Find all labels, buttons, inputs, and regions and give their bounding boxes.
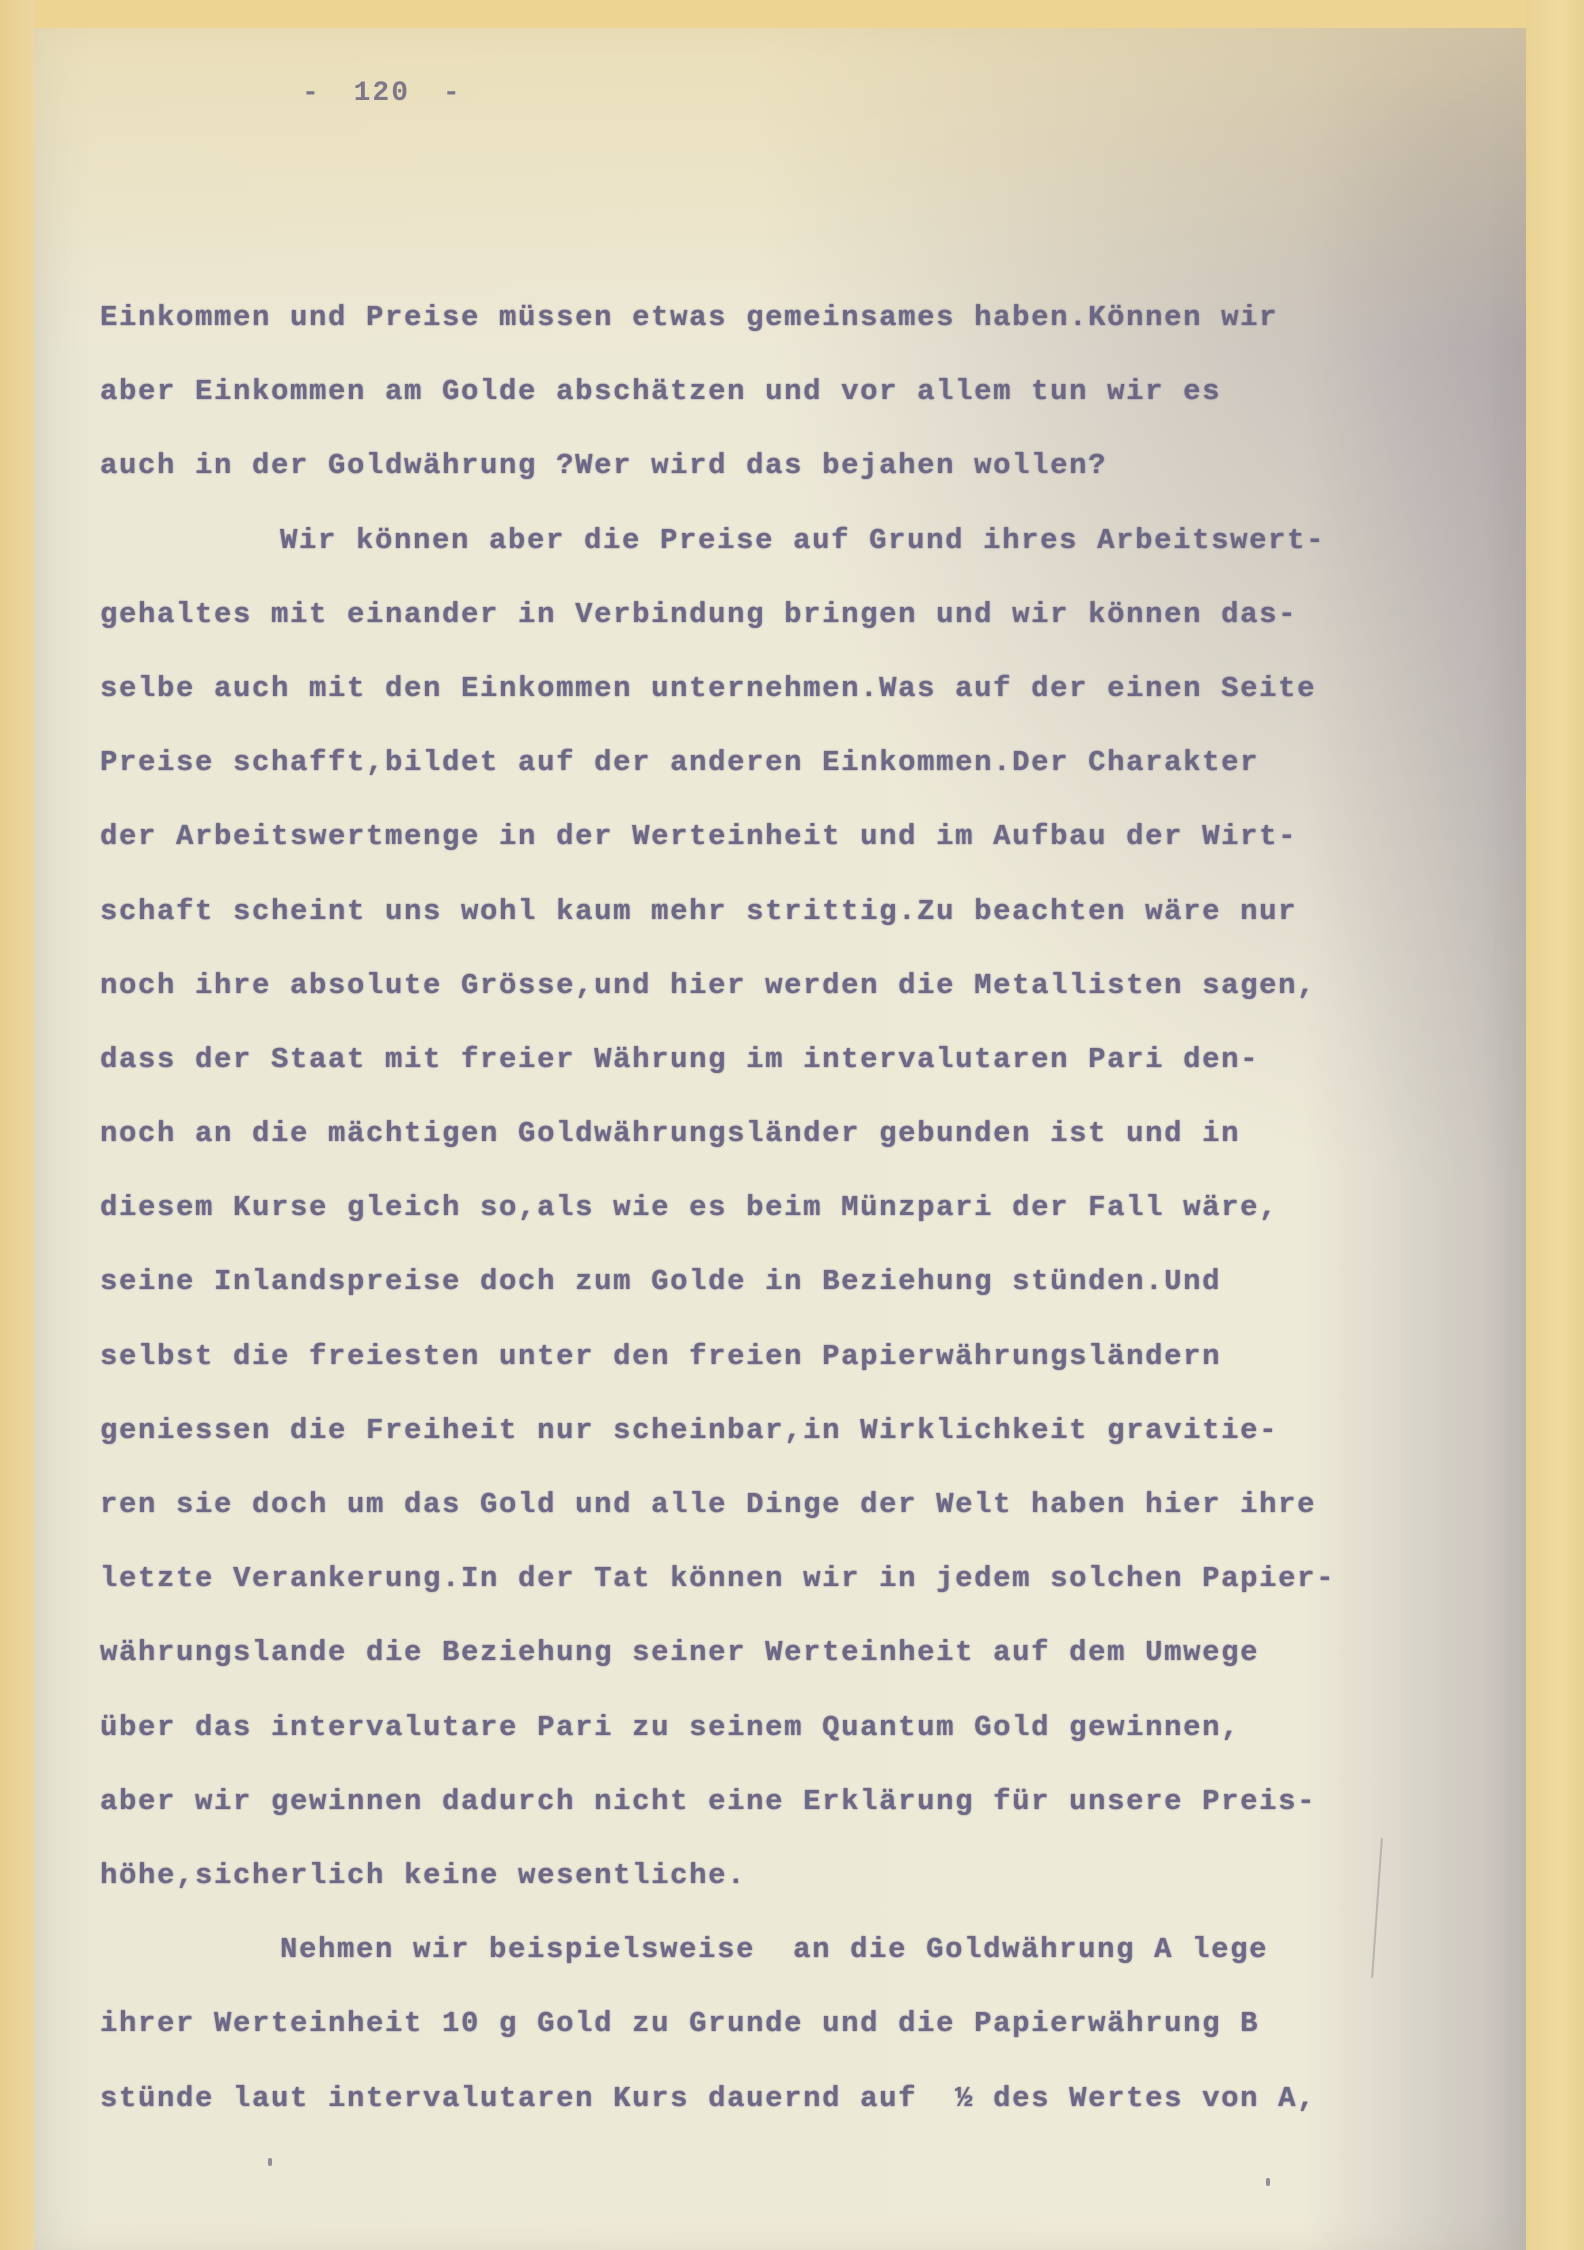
text-line: Preise schafft,bildet auf der anderen Ei… bbox=[100, 735, 1560, 809]
text-line: selbe auch mit den Einkommen unternehmen… bbox=[100, 661, 1560, 735]
text-line: seine Inlandspreise doch zum Golde in Be… bbox=[100, 1254, 1560, 1328]
text-line: letzte Verankerung.In der Tat können wir… bbox=[100, 1551, 1560, 1625]
text-line: Einkommen und Preise müssen etwas gemein… bbox=[100, 290, 1560, 364]
scan-border-top bbox=[0, 0, 1584, 28]
text-line: ren sie doch um das Gold und alle Dinge … bbox=[100, 1477, 1560, 1551]
text-line: über das intervalutare Pari zu seinem Qu… bbox=[100, 1700, 1560, 1774]
text-line: noch an die mächtigen Goldwährungsländer… bbox=[100, 1106, 1560, 1180]
ink-speck bbox=[1266, 2178, 1270, 2186]
text-line: aber Einkommen am Golde abschätzen und v… bbox=[100, 364, 1560, 438]
text-line: aber wir gewinnen dadurch nicht eine Erk… bbox=[100, 1774, 1560, 1848]
text-line: stünde laut intervalutaren Kurs dauernd … bbox=[100, 2071, 1560, 2145]
text-line: schaft scheint uns wohl kaum mehr stritt… bbox=[100, 884, 1560, 958]
text-line: währungslande die Beziehung seiner Werte… bbox=[100, 1625, 1560, 1699]
text-line: ihrer Werteinheit 10 g Gold zu Grunde un… bbox=[100, 1996, 1560, 2070]
paragraph-start-line: Nehmen wir beispielsweise an die Goldwäh… bbox=[100, 1922, 1560, 1996]
text-line: noch ihre absolute Grösse,und hier werde… bbox=[100, 958, 1560, 1032]
text-line: selbst die freiesten unter den freien Pa… bbox=[100, 1329, 1560, 1403]
text-line: diesem Kurse gleich so,als wie es beim M… bbox=[100, 1180, 1560, 1254]
paragraph-start-line: Wir können aber die Preise auf Grund ihr… bbox=[100, 513, 1560, 587]
body-text: Einkommen und Preise müssen etwas gemein… bbox=[100, 290, 1560, 2145]
ink-speck bbox=[268, 2158, 272, 2166]
text-line: geniessen die Freiheit nur scheinbar,in … bbox=[100, 1403, 1560, 1477]
text-line: höhe,sicherlich keine wesentliche. bbox=[100, 1848, 1560, 1922]
text-line: dass der Staat mit freier Währung im int… bbox=[100, 1032, 1560, 1106]
page-number: - 120 - bbox=[302, 78, 462, 109]
scan-border-left bbox=[0, 0, 34, 2250]
text-line: der Arbeitswertmenge in der Werteinheit … bbox=[100, 809, 1560, 883]
text-line: gehaltes mit einander in Verbindung brin… bbox=[100, 587, 1560, 661]
typewritten-page: - 120 - Einkommen und Preise müssen etwa… bbox=[34, 28, 1526, 2250]
text-line: auch in der Goldwährung ?Wer wird das be… bbox=[100, 438, 1560, 512]
